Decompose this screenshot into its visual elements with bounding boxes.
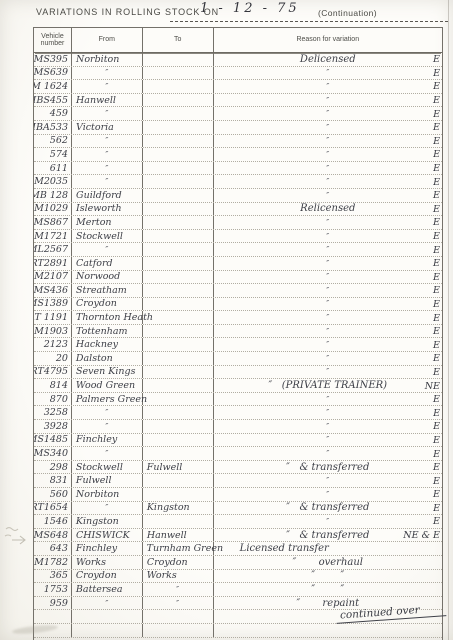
table-row: 574 ″ ″ E bbox=[34, 148, 442, 162]
cell-from: ″ bbox=[72, 597, 143, 610]
cell-reason-text: ″ bbox=[326, 365, 329, 378]
cell-reason-text: ″ bbox=[326, 270, 329, 283]
cell-to bbox=[143, 352, 214, 365]
cell-to bbox=[143, 406, 214, 419]
cell-from: ″ bbox=[72, 107, 143, 120]
cell-from: Isleworth bbox=[72, 203, 143, 216]
cell-reason-text: ″ bbox=[326, 406, 329, 419]
header-vehicle-number: Vehicle number bbox=[34, 28, 72, 52]
cell-to bbox=[143, 379, 214, 392]
cell-reason: ″ E bbox=[214, 243, 442, 256]
table-row: SMS395 Norbiton Delicensed E bbox=[34, 53, 442, 67]
cell-from: ″ bbox=[72, 243, 143, 256]
cell-from: Hackney bbox=[72, 338, 143, 351]
table-row: DM1029 Isleworth Relicensed E bbox=[34, 203, 442, 217]
cell-from: Tottenham bbox=[72, 325, 143, 338]
cell-vehicle: RM1782 bbox=[34, 556, 72, 569]
cell-to: ″ bbox=[143, 597, 214, 610]
cell-from: Victoria bbox=[72, 121, 143, 134]
cell-reason-text: ″ bbox=[326, 284, 329, 297]
cell-reason: Delicensed E bbox=[214, 53, 442, 66]
table-row: 562 ″ ″ E bbox=[34, 135, 442, 149]
table-body: SMS395 Norbiton Delicensed E DMS639 ″ ″ … bbox=[34, 53, 442, 638]
cell-reason-text: Delicensed bbox=[300, 53, 356, 66]
table-row: 298 Stockwell Fulwell ″ & transferred E bbox=[34, 461, 442, 475]
cell-reason: ″ E bbox=[214, 135, 442, 148]
cell-reason: ″ E bbox=[214, 94, 442, 107]
cell-reason: ″ E bbox=[214, 189, 442, 202]
table-row: 459 ″ ″ E bbox=[34, 107, 442, 121]
cell-vehicle: DMS639 bbox=[34, 67, 72, 80]
cell-from: Seven Kings bbox=[72, 366, 143, 379]
cell-from: Fulwell bbox=[72, 474, 143, 487]
table-row: RT1654 ″ Kingston ″ & transferred E bbox=[34, 502, 442, 516]
cell-vehicle: SMS648 bbox=[34, 529, 72, 542]
cell-from: Hanwell bbox=[72, 94, 143, 107]
cell-vehicle: 1546 bbox=[34, 515, 72, 528]
cell-to bbox=[143, 175, 214, 188]
cell-to bbox=[143, 298, 214, 311]
cell-code: E bbox=[433, 189, 440, 203]
cell-reason: ″ E bbox=[214, 406, 442, 419]
cell-code: E bbox=[433, 393, 440, 407]
cell-to bbox=[143, 121, 214, 134]
cell-reason-text: ″ bbox=[326, 257, 329, 270]
cell-to bbox=[143, 53, 214, 66]
cell-from: Stockwell bbox=[72, 461, 143, 474]
cell-reason: ″ E bbox=[214, 175, 442, 188]
cell-reason-text: ″ bbox=[326, 107, 329, 120]
cell-from: Kingston bbox=[72, 515, 143, 528]
cell-to bbox=[143, 80, 214, 93]
scanned-document-page: VARIATIONS IN ROLLING STOCK ON 1 - 12 - … bbox=[0, 0, 453, 640]
cell-from: ″ bbox=[72, 80, 143, 93]
cell-from: Croydon bbox=[72, 298, 143, 311]
cell-from: ″ bbox=[72, 447, 143, 460]
cell-code: E bbox=[433, 502, 440, 516]
table-row: RT4795 Seven Kings ″ E bbox=[34, 366, 442, 380]
cell-reason: ″ E bbox=[214, 338, 442, 351]
cell-to: Kingston bbox=[143, 502, 214, 515]
cell-from: Norbiton bbox=[72, 488, 143, 501]
cell-from: Thornton Heath bbox=[72, 311, 143, 324]
cell-reason: ″ overhaul bbox=[214, 556, 442, 569]
table-row: RM2107 Norwood ″ E bbox=[34, 271, 442, 285]
cell-from: Dalston bbox=[72, 352, 143, 365]
cell-reason: Relicensed E bbox=[214, 203, 442, 216]
table-row: 814 Wood Green ″ (PRIVATE TRAINER) NE bbox=[34, 379, 442, 393]
cell-to bbox=[143, 271, 214, 284]
cell-vehicle: RT1654 bbox=[34, 502, 72, 515]
cell-reason-text: ″ bbox=[326, 488, 329, 501]
cell-reason-text: ″ bbox=[326, 393, 329, 406]
cell-reason-text: ″ bbox=[326, 297, 329, 310]
cell-vehicle: DMS1389 bbox=[34, 298, 72, 311]
cell-vehicle: RM2035 bbox=[34, 175, 72, 188]
cell-vehicle: 814 bbox=[34, 379, 72, 392]
cell-to bbox=[143, 135, 214, 148]
cell-code: E bbox=[433, 461, 440, 475]
cell-to bbox=[143, 162, 214, 175]
cell-from: ″ bbox=[72, 420, 143, 433]
cell-vehicle: 3928 bbox=[34, 420, 72, 433]
cell-code: E bbox=[433, 135, 440, 149]
cell-code: E bbox=[433, 338, 440, 352]
cell-reason-text: ″ bbox=[326, 66, 329, 79]
cell-code: E bbox=[433, 175, 440, 189]
cell-vehicle: SMS340 bbox=[34, 447, 72, 460]
table-row: 3258 ″ ″ E bbox=[34, 406, 442, 420]
cell-vehicle: DMS867 bbox=[34, 216, 72, 229]
cell-reason-text: ″ bbox=[326, 420, 329, 433]
cell-reason-text: Licensed transfer bbox=[240, 542, 329, 555]
table-row: 643 Finchley Turnham Green Licensed tran… bbox=[34, 542, 442, 556]
cell-code: E bbox=[433, 298, 440, 312]
cell-vehicle: RT4795 bbox=[34, 366, 72, 379]
cell-vehicle: 574 bbox=[34, 148, 72, 161]
cell-reason: ″ E bbox=[214, 257, 442, 270]
cell-code: E bbox=[433, 311, 440, 325]
cell-reason-text: ″ bbox=[326, 134, 329, 147]
cell-vehicle: DMS1485 bbox=[34, 434, 72, 447]
cell-reason-text: ″ bbox=[326, 447, 329, 460]
cell-reason-text: ″ bbox=[326, 216, 329, 229]
cell-to bbox=[143, 94, 214, 107]
cell-reason: ″ E bbox=[214, 148, 442, 161]
cell-code: NE & E bbox=[403, 529, 440, 543]
cell-from: Streatham bbox=[72, 284, 143, 297]
cell-reason: ″ E bbox=[214, 121, 442, 134]
table-row: RT2891 Catford ″ E bbox=[34, 257, 442, 271]
cell-to: Fulwell bbox=[143, 461, 214, 474]
cell-code: E bbox=[433, 67, 440, 81]
header-reason: Reason for variation bbox=[214, 28, 442, 52]
table-row bbox=[34, 624, 442, 638]
cell-vehicle: RML2567 bbox=[34, 243, 72, 256]
cell-to bbox=[143, 366, 214, 379]
cell-to: Turnham Green bbox=[143, 542, 214, 555]
table-row: SMS436 Streatham ″ E bbox=[34, 284, 442, 298]
cell-vehicle bbox=[34, 610, 72, 623]
cell-vehicle: MBS455 bbox=[34, 94, 72, 107]
cell-from: ″ bbox=[72, 67, 143, 80]
cell-reason: ″ E bbox=[214, 230, 442, 243]
cell-code: E bbox=[433, 148, 440, 162]
cell-from: CHISWICK bbox=[72, 529, 143, 542]
table-row: 20 Dalston ″ E bbox=[34, 352, 442, 366]
cell-from: ″ bbox=[72, 175, 143, 188]
cell-vehicle: RM1721 bbox=[34, 230, 72, 243]
cell-to bbox=[143, 393, 214, 406]
cell-reason-text: ″ bbox=[326, 352, 329, 365]
cell-reason: ″ & transferred NE & E bbox=[214, 529, 442, 542]
table-header-row: Vehicle number From To Reason for variat… bbox=[34, 28, 442, 53]
cell-vehicle: RT2891 bbox=[34, 257, 72, 270]
cell-vehicle: 1753 bbox=[34, 583, 72, 596]
cell-from: Norwood bbox=[72, 271, 143, 284]
cell-reason-text: ″ bbox=[326, 230, 329, 243]
cell-vehicle: 611 bbox=[34, 162, 72, 175]
cell-reason-text: ″ bbox=[326, 175, 329, 188]
table-row: DMS867 Merton ″ E bbox=[34, 216, 442, 230]
cell-code: E bbox=[433, 488, 440, 502]
cell-from: Croydon bbox=[72, 570, 143, 583]
cell-code: E bbox=[433, 162, 440, 176]
cell-vehicle: RM2107 bbox=[34, 271, 72, 284]
cell-reason: ″ E bbox=[214, 474, 442, 487]
cell-vehicle: DM1029 bbox=[34, 203, 72, 216]
table-row: RM1721 Stockwell ″ E bbox=[34, 230, 442, 244]
cell-code: E bbox=[433, 230, 440, 244]
table-row: RM2035 ″ ″ E bbox=[34, 175, 442, 189]
cell-code: E bbox=[433, 434, 440, 448]
cell-to bbox=[143, 610, 214, 623]
cell-to bbox=[143, 311, 214, 324]
cell-reason: ″ E bbox=[214, 67, 442, 80]
cell-reason: ″ & transferred E bbox=[214, 502, 442, 515]
cell-to: ″ bbox=[143, 583, 214, 596]
cell-vehicle: MBA533 bbox=[34, 121, 72, 134]
cell-vehicle: RM 1624 bbox=[34, 80, 72, 93]
cell-reason-text: ″ bbox=[326, 433, 329, 446]
cell-reason-text: ″ bbox=[326, 121, 329, 134]
cell-reason: ″ E bbox=[214, 298, 442, 311]
cell-from bbox=[72, 610, 143, 623]
cell-from: ″ bbox=[72, 135, 143, 148]
cell-to bbox=[143, 624, 214, 637]
cell-to bbox=[143, 420, 214, 433]
cell-from: ″ bbox=[72, 162, 143, 175]
date-underline bbox=[170, 21, 448, 22]
cell-vehicle: SMS395 bbox=[34, 53, 72, 66]
cell-reason: ″ E bbox=[214, 352, 442, 365]
cell-to: Hanwell bbox=[143, 529, 214, 542]
cell-reason: ″ (PRIVATE TRAINER) NE bbox=[214, 379, 442, 392]
table-row: 870 Palmers Green ″ E bbox=[34, 393, 442, 407]
cell-to: Croydon bbox=[143, 556, 214, 569]
table-row: 1753 Battersea ″ ″ ″ bbox=[34, 583, 442, 597]
cell-code: E bbox=[433, 515, 440, 529]
cell-code: E bbox=[433, 406, 440, 420]
cell-code: E bbox=[433, 257, 440, 271]
cell-from: ″ bbox=[72, 148, 143, 161]
cell-from: Palmers Green bbox=[72, 393, 143, 406]
cell-reason: ″ E bbox=[214, 393, 442, 406]
cell-to: Works bbox=[143, 570, 214, 583]
table-row: RM1903 Tottenham ″ E bbox=[34, 325, 442, 339]
cell-reason: ″ ″ bbox=[214, 583, 442, 596]
table-row: 611 ″ ″ E bbox=[34, 162, 442, 176]
cell-from: Wood Green bbox=[72, 379, 143, 392]
cell-reason-text: ″ bbox=[326, 148, 329, 161]
cell-reason: ″ E bbox=[214, 284, 442, 297]
cell-from: ″ bbox=[72, 406, 143, 419]
cell-reason: ″ E bbox=[214, 325, 442, 338]
cell-to bbox=[143, 107, 214, 120]
cell-from bbox=[72, 624, 143, 637]
cell-reason-text: ″ bbox=[326, 311, 329, 324]
cell-vehicle: 562 bbox=[34, 135, 72, 148]
cell-from: Merton bbox=[72, 216, 143, 229]
cell-to bbox=[143, 338, 214, 351]
cell-to bbox=[143, 447, 214, 460]
cell-vehicle: 870 bbox=[34, 393, 72, 406]
cell-vehicle: 643 bbox=[34, 542, 72, 555]
cell-reason: ″ E bbox=[214, 162, 442, 175]
cell-to bbox=[143, 230, 214, 243]
cell-vehicle: 459 bbox=[34, 107, 72, 120]
header-to: To bbox=[143, 28, 214, 52]
cell-code: E bbox=[433, 325, 440, 339]
cell-code: E bbox=[433, 80, 440, 94]
cell-reason-text: ″ & transferred bbox=[286, 461, 369, 474]
cell-reason: ″ E bbox=[214, 216, 442, 229]
handwritten-date: 1 - 12 - 75 bbox=[200, 1, 300, 16]
cell-reason: ″ E bbox=[214, 515, 442, 528]
cell-code: E bbox=[433, 352, 440, 366]
table-row: 2123 Hackney ″ E bbox=[34, 338, 442, 352]
cell-to bbox=[143, 243, 214, 256]
cell-from: Norbiton bbox=[72, 53, 143, 66]
table-row: DMS639 ″ ″ E bbox=[34, 67, 442, 81]
cell-code: E bbox=[433, 284, 440, 298]
cell-code: NE bbox=[425, 379, 440, 393]
cell-vehicle: 298 bbox=[34, 461, 72, 474]
table-row: SMS340 ″ ″ E bbox=[34, 447, 442, 461]
table-row: MBS455 Hanwell ″ E bbox=[34, 94, 442, 108]
cell-from: Stockwell bbox=[72, 230, 143, 243]
cell-code: E bbox=[433, 420, 440, 434]
header-from: From bbox=[72, 28, 143, 52]
cell-code: E bbox=[433, 474, 440, 488]
cell-code: E bbox=[433, 53, 440, 67]
cell-vehicle: RM1903 bbox=[34, 325, 72, 338]
cell-to bbox=[143, 189, 214, 202]
cell-to bbox=[143, 216, 214, 229]
cell-to bbox=[143, 257, 214, 270]
cell-to bbox=[143, 203, 214, 216]
cell-from: ″ bbox=[72, 502, 143, 515]
cell-reason: ″ E bbox=[214, 488, 442, 501]
cell-code: E bbox=[433, 366, 440, 380]
cell-code: E bbox=[433, 107, 440, 121]
cell-reason-text: ″ bbox=[326, 474, 329, 487]
cell-reason: ″ & transferred E bbox=[214, 461, 442, 474]
cell-reason-text: ″ bbox=[326, 189, 329, 202]
table-row: DMS1485 Finchley ″ E bbox=[34, 434, 442, 448]
cell-reason: ″ E bbox=[214, 447, 442, 460]
cell-reason-text: ″ ″ bbox=[311, 583, 344, 596]
cell-from: Guildford bbox=[72, 189, 143, 202]
rolling-stock-table: Vehicle number From To Reason for variat… bbox=[33, 27, 443, 640]
cell-reason: ″ ″ bbox=[214, 570, 442, 583]
form-title: VARIATIONS IN ROLLING STOCK ON bbox=[36, 7, 219, 17]
cell-reason bbox=[214, 624, 442, 637]
cell-to bbox=[143, 515, 214, 528]
cell-reason-text: Relicensed bbox=[300, 202, 355, 215]
table-row: SMS648 CHISWICK Hanwell ″ & transferred … bbox=[34, 529, 442, 543]
cell-code: E bbox=[433, 121, 440, 135]
cell-reason-text: ″ ″ bbox=[311, 569, 344, 582]
continuation-label: (Continuation) bbox=[318, 8, 377, 18]
table-row: RM1782 Works Croydon ″ overhaul bbox=[34, 556, 442, 570]
cell-from: Catford bbox=[72, 257, 143, 270]
margin-pencil-note bbox=[3, 523, 31, 547]
cell-reason-text: ″ bbox=[326, 243, 329, 256]
cell-vehicle: 20 bbox=[34, 352, 72, 365]
cell-reason-text: ″ bbox=[326, 162, 329, 175]
cell-reason: ″ E bbox=[214, 311, 442, 324]
table-row: 3928 ″ ″ E bbox=[34, 420, 442, 434]
cell-vehicle: 365 bbox=[34, 570, 72, 583]
cell-code: E bbox=[433, 271, 440, 285]
cell-reason-text: ″ bbox=[326, 80, 329, 93]
cell-reason-text: ″ bbox=[326, 94, 329, 107]
paper-edge-line bbox=[448, 0, 449, 640]
cell-to bbox=[143, 434, 214, 447]
cell-from: Battersea bbox=[72, 583, 143, 596]
table-row: MB 128 Guildford ″ E bbox=[34, 189, 442, 203]
cell-reason-text: ″ overhaul bbox=[293, 556, 363, 569]
cell-reason: ″ E bbox=[214, 420, 442, 433]
cell-vehicle: SMS436 bbox=[34, 284, 72, 297]
cell-reason: ″ E bbox=[214, 107, 442, 120]
cell-code: E bbox=[433, 203, 440, 217]
cell-vehicle: 959 bbox=[34, 597, 72, 610]
cell-vehicle: MB 128 bbox=[34, 189, 72, 202]
cell-reason: ″ E bbox=[214, 271, 442, 284]
table-row: 365 Croydon Works ″ ″ bbox=[34, 570, 442, 584]
cell-vehicle: 560 bbox=[34, 488, 72, 501]
cell-to bbox=[143, 67, 214, 80]
cell-to bbox=[143, 148, 214, 161]
cell-code: E bbox=[433, 447, 440, 461]
cell-reason-text: ″ & transferred bbox=[286, 501, 369, 514]
cell-reason-text: ″ repaint bbox=[296, 597, 359, 610]
cell-reason: Licensed transfer bbox=[214, 542, 442, 555]
table-row: 560 Norbiton ″ E bbox=[34, 488, 442, 502]
cell-to bbox=[143, 474, 214, 487]
cell-from: Finchley bbox=[72, 542, 143, 555]
table-row: RML2567 ″ ″ E bbox=[34, 243, 442, 257]
cell-reason: ″ E bbox=[214, 434, 442, 447]
cell-reason-text: ″ bbox=[326, 338, 329, 351]
table-row: MBA533 Victoria ″ E bbox=[34, 121, 442, 135]
cell-code: E bbox=[433, 216, 440, 230]
cell-vehicle: 2123 bbox=[34, 338, 72, 351]
cell-to bbox=[143, 325, 214, 338]
table-row: DMS1389 Croydon ″ E bbox=[34, 298, 442, 312]
cell-reason-text: ″ & transferred bbox=[286, 529, 369, 542]
cell-reason-text: ″ (PRIVATE TRAINER) bbox=[268, 379, 387, 392]
table-row: 1546 Kingston ″ E bbox=[34, 515, 442, 529]
cell-reason-text: ″ bbox=[326, 515, 329, 528]
cell-reason: ″ E bbox=[214, 366, 442, 379]
cell-code: E bbox=[433, 94, 440, 108]
cell-vehicle: 831 bbox=[34, 474, 72, 487]
cell-from: Works bbox=[72, 556, 143, 569]
table-row: RM 1624 ″ ″ E bbox=[34, 80, 442, 94]
cell-reason-text: ″ bbox=[326, 325, 329, 338]
cell-to bbox=[143, 284, 214, 297]
table-row: RT 1191 Thornton Heath ″ E bbox=[34, 311, 442, 325]
cell-vehicle: RT 1191 bbox=[34, 311, 72, 324]
cell-from: Finchley bbox=[72, 434, 143, 447]
cell-vehicle: 3258 bbox=[34, 406, 72, 419]
cell-to bbox=[143, 488, 214, 501]
cell-code: E bbox=[433, 243, 440, 257]
table-row: 831 Fulwell ″ E bbox=[34, 474, 442, 488]
